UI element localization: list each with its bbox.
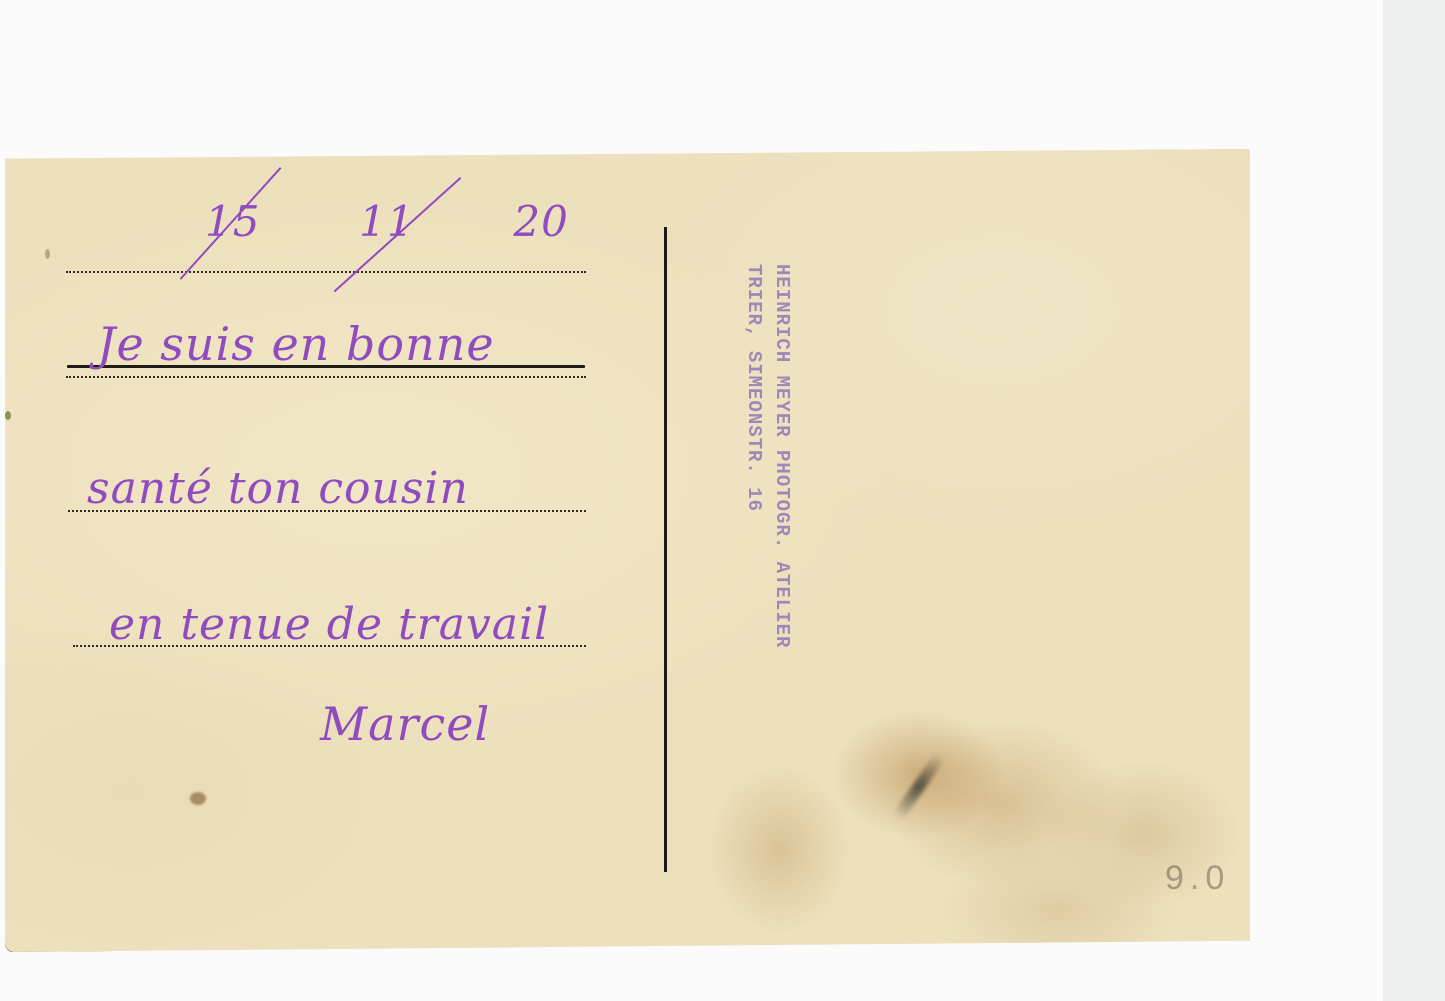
postcard: 15 11 20 Je suis en bonne santé ton cous…	[5, 149, 1250, 952]
scanner-edge-strip	[1383, 0, 1445, 1001]
signature: Marcel	[320, 697, 490, 751]
message-line-1: Je suis en bonne	[97, 317, 495, 371]
dirt-spot	[45, 249, 50, 259]
brown-stain	[695, 669, 1250, 952]
handwritten-date: 15 11 20	[205, 197, 569, 246]
dirt-spot	[190, 792, 206, 805]
writing-line-1	[66, 271, 586, 273]
photographer-stamp: HEINRICH MEYER PHOTOGR. ATELIER TRIER, S…	[740, 264, 796, 648]
message-line-3: en tenue de travail	[109, 599, 549, 650]
writing-line-2	[66, 376, 586, 378]
pencil-mark: 9.0	[1165, 859, 1230, 898]
message-line-2: santé ton cousin	[87, 463, 469, 514]
date-month: 11	[359, 197, 414, 246]
address-divider-line	[664, 227, 667, 872]
green-spot	[5, 411, 11, 420]
stamp-line-2: TRIER, SIMEONSTR. 16	[740, 264, 768, 648]
date-year: 20	[513, 197, 568, 246]
stamp-line-1: HEINRICH MEYER PHOTOGR. ATELIER	[768, 264, 796, 648]
